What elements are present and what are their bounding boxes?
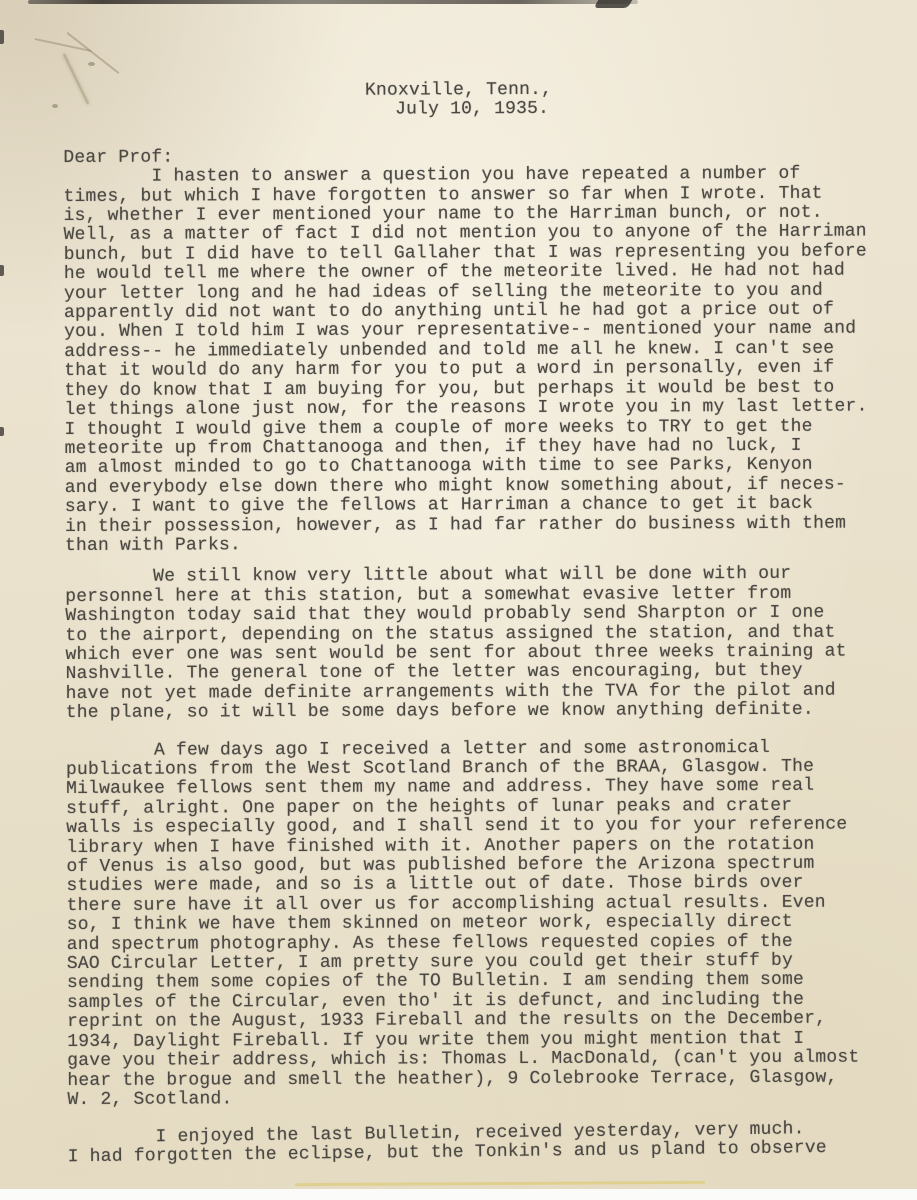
scan-edge-mark xyxy=(0,30,4,44)
scan-edge-artifact xyxy=(594,0,633,8)
letter-paragraph: We still know very little about what wil… xyxy=(65,565,896,724)
letter-heading: Knoxville, Tenn., July 10, 1935. xyxy=(63,79,893,121)
letter-paragraph: A few days ago I received a letter and s… xyxy=(66,738,898,1110)
scan-edge-mark xyxy=(0,265,4,276)
letter-line: in their possession, however, as I had f… xyxy=(65,514,895,537)
letter-date: July 10, 1935. xyxy=(395,99,893,121)
letter-line: than with Parks. xyxy=(65,533,895,556)
letter-location: Knoxville, Tenn., xyxy=(365,79,893,101)
letter-line: W. 2, Scotland. xyxy=(67,1087,897,1110)
paper-crease xyxy=(52,104,58,108)
letter-content: Knoxville, Tenn., July 10, 1935. Dear Pr… xyxy=(63,79,898,1167)
letter-line: hear the brogue and smell the heather), … xyxy=(67,1068,897,1091)
scan-edge-artifact xyxy=(28,0,638,4)
scanned-letter-viewport: Knoxville, Tenn., July 10, 1935. Dear Pr… xyxy=(0,0,917,1200)
scan-edge-mark xyxy=(0,427,4,436)
paper-crease xyxy=(66,32,119,74)
letter-page: Knoxville, Tenn., July 10, 1935. Dear Pr… xyxy=(0,0,917,1189)
letter-body: I hasten to answer a question you have r… xyxy=(63,165,897,1168)
letter-paragraph: I hasten to answer a question you have r… xyxy=(63,165,895,557)
letter-line: the plane, so it will be some days befor… xyxy=(66,701,896,724)
paper-stain xyxy=(295,1181,705,1186)
letter-paragraph: I enjoyed the last Bulletin, received ye… xyxy=(67,1119,897,1168)
paper-crease xyxy=(88,62,95,66)
